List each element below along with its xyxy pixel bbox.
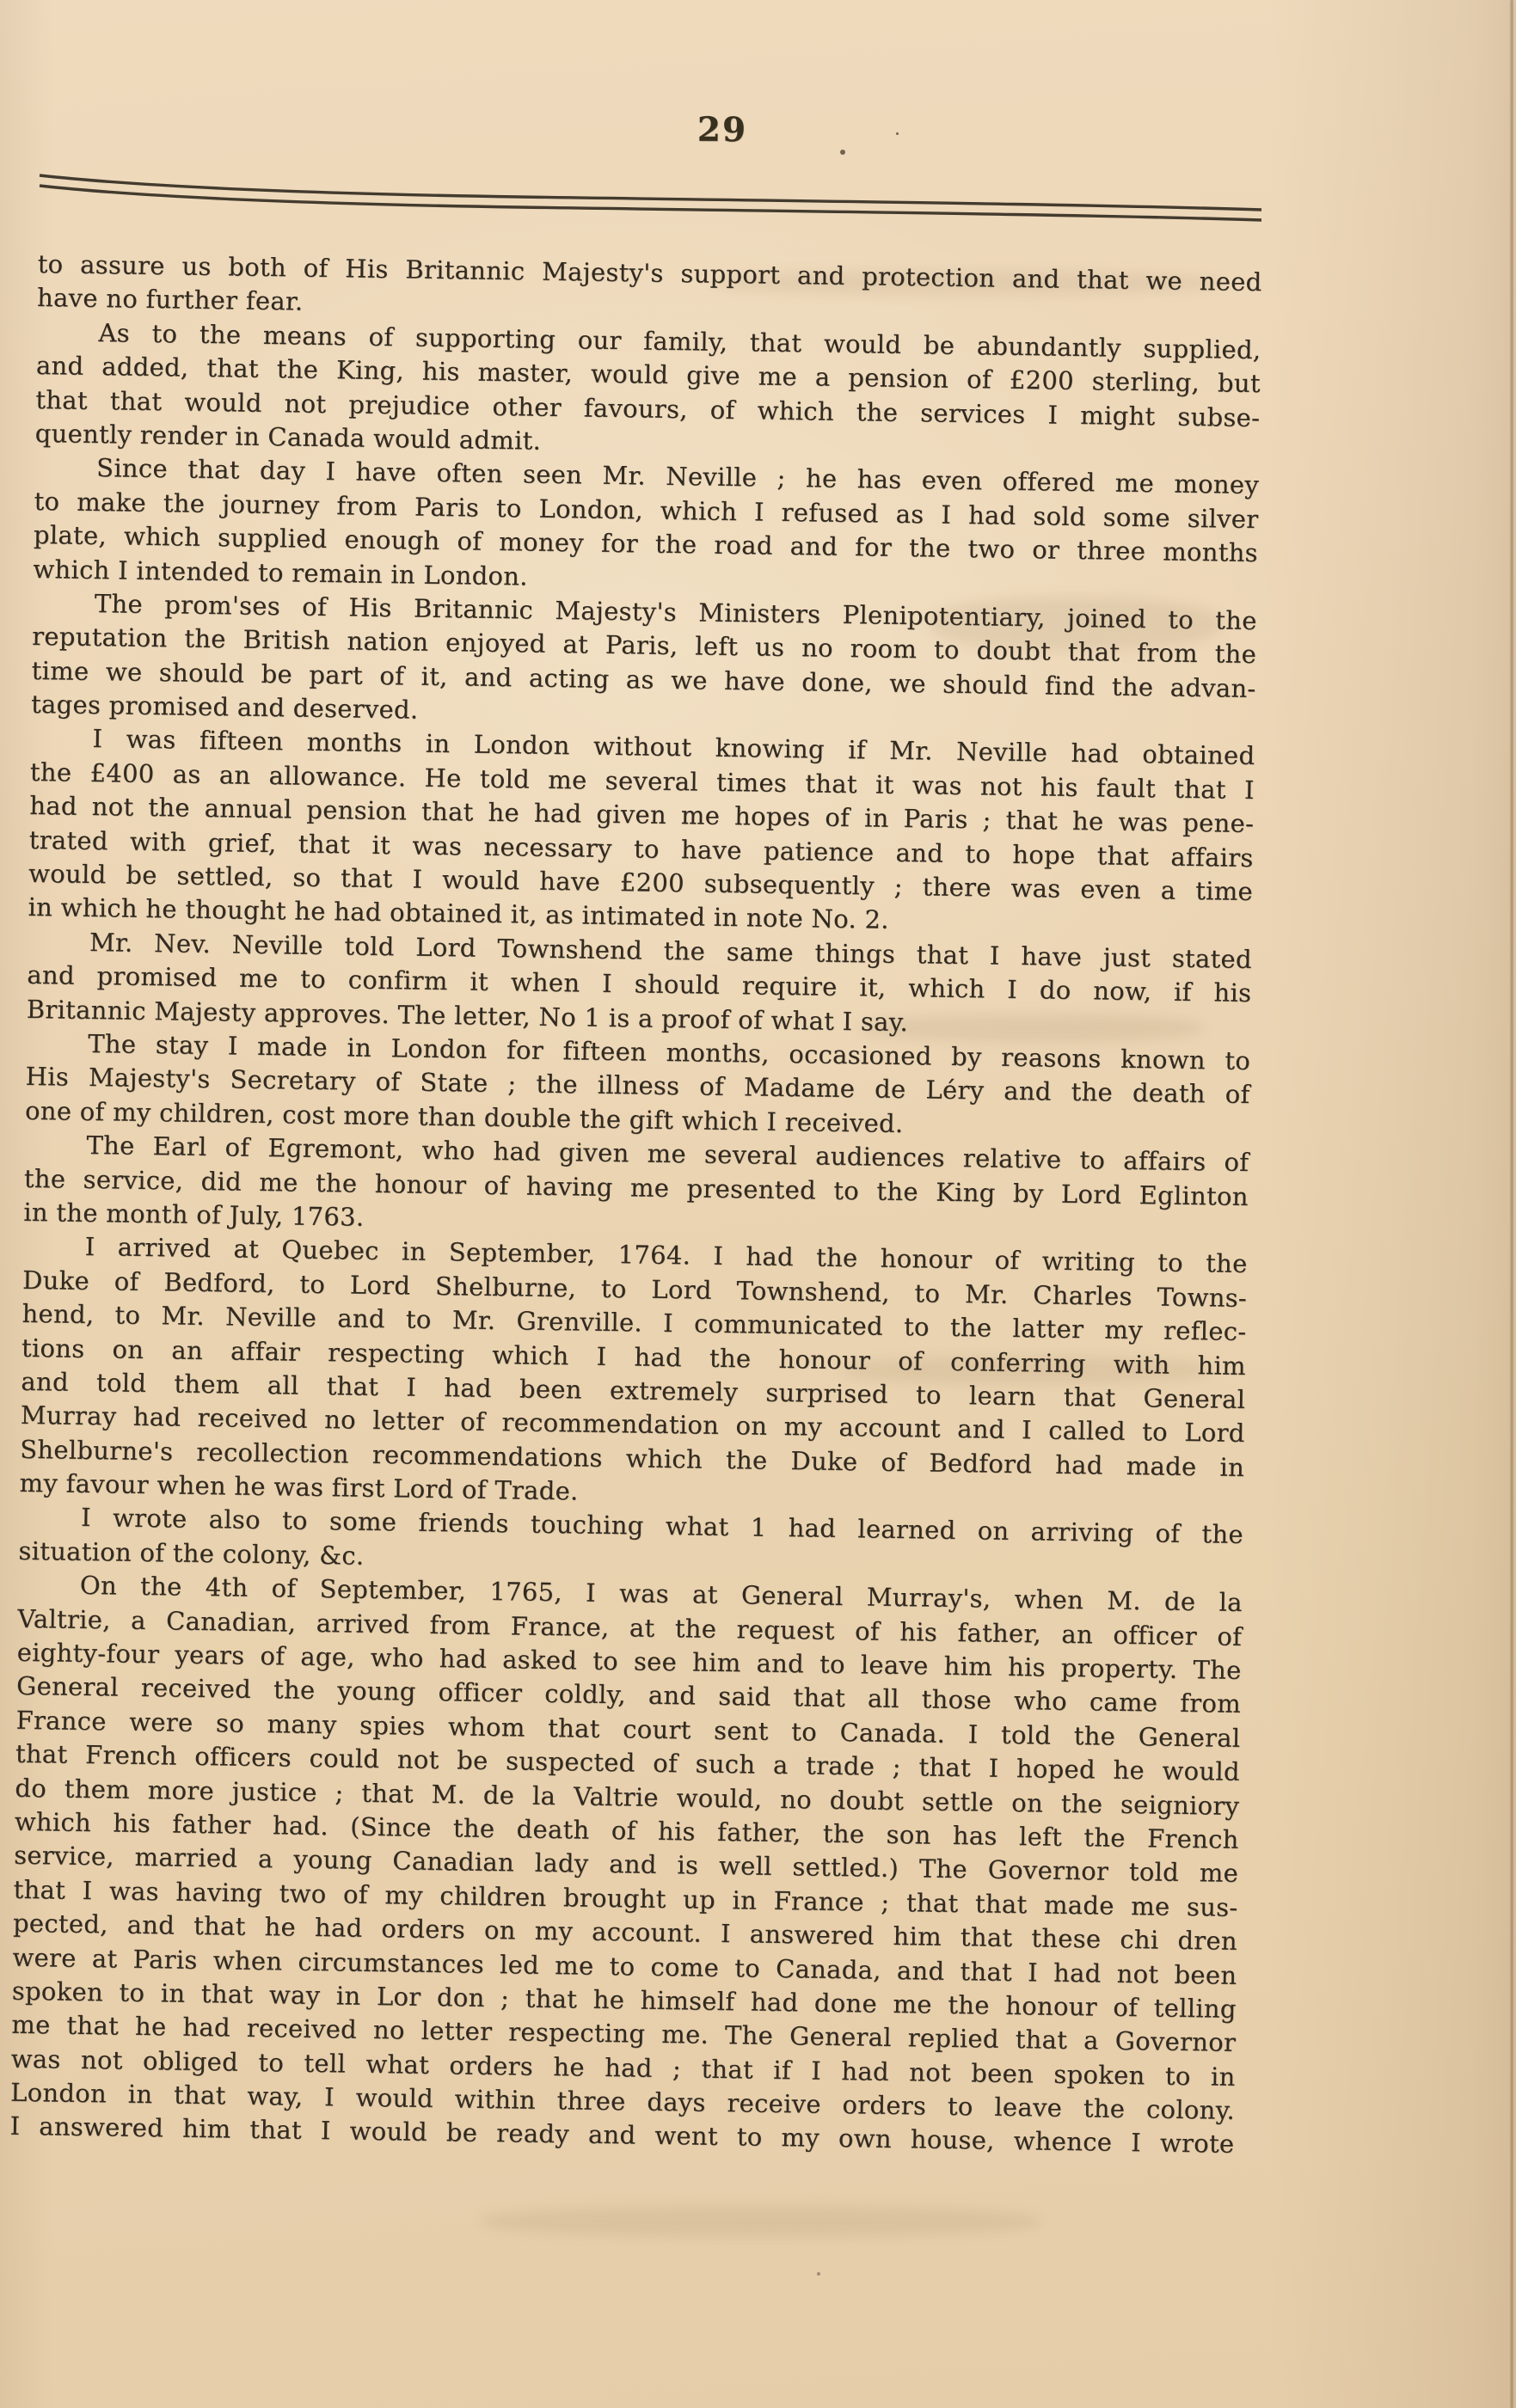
page-gutter-shadow xyxy=(1267,0,1516,2408)
paragraph: On the 4th of September, 1765, I was at … xyxy=(9,1568,1243,2162)
paragraph: I arrived at Quebec in September, 1764. … xyxy=(19,1229,1248,1518)
page-text: to assure us both of His Britannic Majes… xyxy=(9,248,1262,2162)
paragraph: The Earl of Egremont, who had given me s… xyxy=(23,1128,1249,1247)
paragraph: I was fifteen months in London without k… xyxy=(28,721,1255,942)
paragraph: Mr. Nev. Neville told Lord Townshend the… xyxy=(27,925,1253,1045)
page-edge xyxy=(1509,0,1513,2408)
ink-speck xyxy=(817,2272,820,2276)
page-number: 29 xyxy=(112,106,1333,154)
paper-stain xyxy=(482,2206,1040,2237)
paragraph: Since that day I have often seen Mr. Nev… xyxy=(33,450,1259,604)
paragraph: The prom'ses of His Britannic Majesty's … xyxy=(31,586,1257,740)
paragraph: The stay I made in London for fifteen mo… xyxy=(25,1026,1251,1146)
double-rule-divider xyxy=(38,170,1263,225)
book-page: 29 to assure us both of His Britannic Ma… xyxy=(0,0,1516,2408)
paragraph: As to the means of supporting our family… xyxy=(34,316,1261,469)
